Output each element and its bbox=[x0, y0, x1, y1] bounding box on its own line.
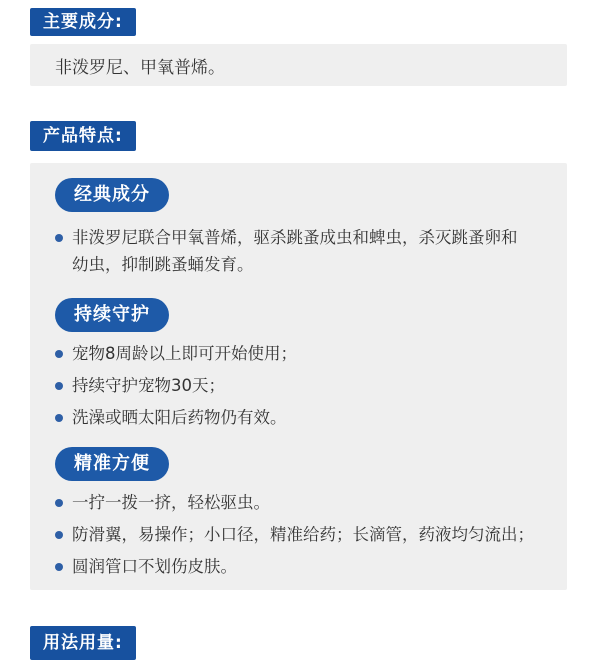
section-header-main-ingredients: 主要成分: bbox=[30, 8, 136, 36]
bullet-text: 洗澡或晒太阳后药物仍有效。 bbox=[72, 404, 287, 431]
bullet-dot-icon bbox=[55, 531, 63, 539]
product-features-panel: 经典成分 非泼罗尼联合甲氧普烯，驱杀跳蚤成虫和蜱虫，杀灭跳蚤卵和幼虫，抑制跳蚤蛹… bbox=[30, 163, 567, 590]
usage-dosage-section: 用法用量: bbox=[30, 626, 567, 660]
main-ingredients-text: 非泼罗尼、甲氧普烯。 bbox=[55, 53, 225, 78]
bullet-item: 非泼罗尼联合甲氧普烯，驱杀跳蚤成虫和蜱虫，杀灭跳蚤卵和幼虫，抑制跳蚤蛹发育。 bbox=[55, 224, 542, 278]
feature-group-precise-convenient: 精准方便 一拧一拨一挤，轻松驱虫。 防滑翼，易操作；小口径，精准给药；长滴管，药… bbox=[55, 447, 542, 580]
bullet-text: 非泼罗尼联合甲氧普烯，驱杀跳蚤成虫和蜱虫，杀灭跳蚤卵和幼虫，抑制跳蚤蛹发育。 bbox=[72, 224, 527, 278]
feature-group-classic-ingredients: 经典成分 非泼罗尼联合甲氧普烯，驱杀跳蚤成虫和蜱虫，杀灭跳蚤卵和幼虫，抑制跳蚤蛹… bbox=[55, 178, 542, 278]
bullet-item: 防滑翼，易操作；小口径，精准给药；长滴管，药液均匀流出； bbox=[55, 521, 542, 548]
bullet-text: 持续守护宠物30天； bbox=[72, 372, 225, 399]
badge-row: 持续守护 bbox=[55, 298, 542, 332]
product-features-section: 产品特点: 经典成分 非泼罗尼联合甲氧普烯，驱杀跳蚤成虫和蜱虫，杀灭跳蚤卵和幼虫… bbox=[30, 121, 567, 590]
bullet-item: 持续守护宠物30天； bbox=[55, 372, 542, 399]
bullet-item: 洗澡或晒太阳后药物仍有效。 bbox=[55, 404, 542, 431]
feature-badge-precise-convenient: 精准方便 bbox=[55, 447, 169, 481]
bullet-item: 圆润管口不划伤皮肤。 bbox=[55, 553, 542, 580]
bullet-dot-icon bbox=[55, 350, 63, 358]
bullet-text: 一拧一拨一挤，轻松驱虫。 bbox=[72, 489, 270, 516]
main-ingredients-panel: 非泼罗尼、甲氧普烯。 bbox=[30, 44, 567, 86]
section-header-usage-dosage: 用法用量: bbox=[30, 626, 136, 660]
section-header-product-features: 产品特点: bbox=[30, 121, 136, 151]
bullet-text: 圆润管口不划伤皮肤。 bbox=[72, 553, 237, 580]
bullet-dot-icon bbox=[55, 563, 63, 571]
bullet-dot-icon bbox=[55, 414, 63, 422]
feature-badge-classic-ingredients: 经典成分 bbox=[55, 178, 169, 212]
bullet-item: 宠物8周龄以上即可开始使用； bbox=[55, 340, 542, 367]
bullet-dot-icon bbox=[55, 382, 63, 390]
feature-badge-continuous-protection: 持续守护 bbox=[55, 298, 169, 332]
product-detail-page: 主要成分: 非泼罗尼、甲氧普烯。 产品特点: 经典成分 非泼罗尼联合甲氧普烯，驱… bbox=[0, 0, 600, 663]
bullet-item: 一拧一拨一挤，轻松驱虫。 bbox=[55, 489, 542, 516]
bullet-text: 防滑翼，易操作；小口径，精准给药；长滴管，药液均匀流出； bbox=[72, 521, 534, 548]
bullet-dot-icon bbox=[55, 499, 63, 507]
bullet-text: 宠物8周龄以上即可开始使用； bbox=[72, 340, 297, 367]
bullet-dot-icon bbox=[55, 234, 63, 242]
feature-group-continuous-protection: 持续守护 宠物8周龄以上即可开始使用； 持续守护宠物30天； 洗澡或晒太阳后药物… bbox=[55, 298, 542, 431]
badge-row: 精准方便 bbox=[55, 447, 542, 481]
main-ingredients-section: 主要成分: 非泼罗尼、甲氧普烯。 bbox=[30, 8, 567, 86]
product-features-header-row: 产品特点: bbox=[30, 121, 567, 151]
